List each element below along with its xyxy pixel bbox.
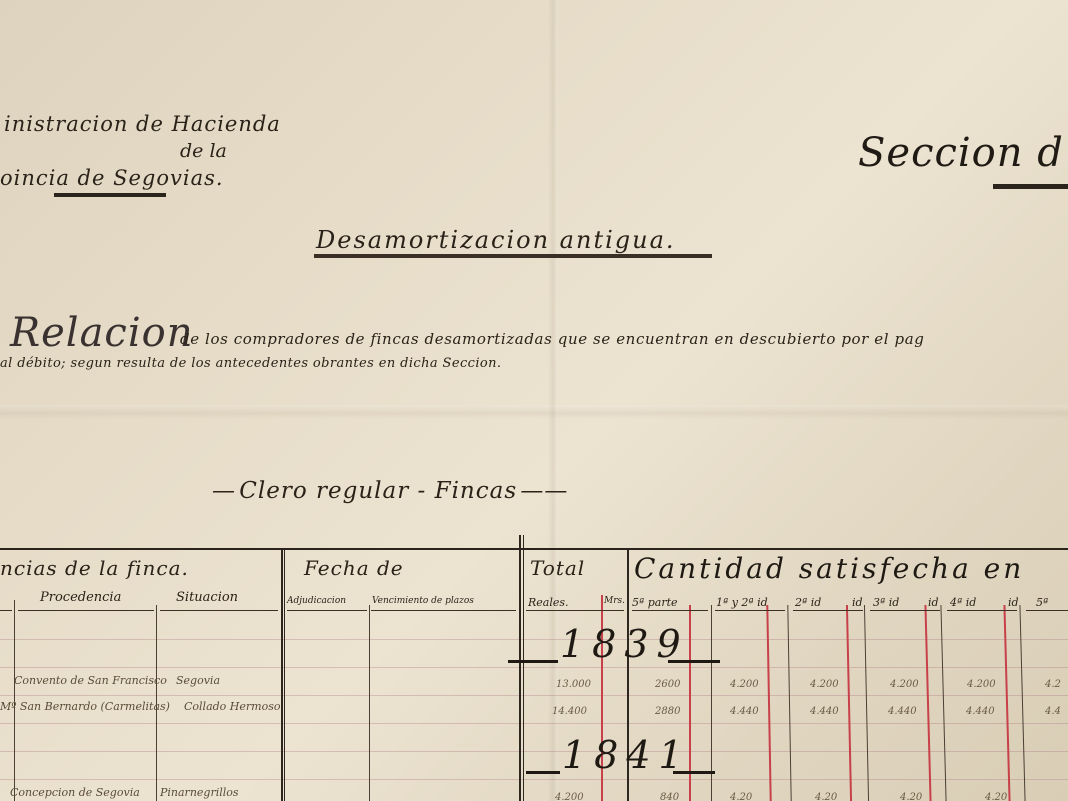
header-plazo-4-id: id xyxy=(928,596,939,609)
header-plazo-3-id: id xyxy=(852,596,863,609)
header-underline xyxy=(54,193,166,197)
row-1-value-3: 4.200 xyxy=(810,679,839,690)
header-vencimiento: Vencimiento de plazos xyxy=(372,596,474,606)
row-1-value-1: 2600 xyxy=(655,679,680,690)
header-total: Total xyxy=(530,556,585,580)
header-fecha: Fecha de xyxy=(304,556,404,580)
row-3-value-3: 4.20 xyxy=(815,792,837,801)
row-2-value-5: 4.440 xyxy=(966,706,995,717)
subheader-underline xyxy=(632,610,708,611)
row-1-value-4: 4.200 xyxy=(890,679,919,690)
category-heading: — Clero regular - Fincas —— xyxy=(212,478,568,504)
header-reales: Reales. xyxy=(528,596,569,609)
relacion-line-2: al débito; segun resulta de los antecede… xyxy=(0,356,501,371)
subheader-underline xyxy=(1026,610,1068,611)
category-dash-left: — xyxy=(212,478,239,504)
header-administracion: inistracion de Hacienda xyxy=(4,112,281,136)
row-2-reales: 14.400 xyxy=(552,706,587,717)
subheader-underline xyxy=(526,610,624,611)
category-dash-right: —— xyxy=(517,478,568,504)
header-plazo-5-id: id xyxy=(1008,596,1019,609)
row-3-situacion: Pinarnegrillos xyxy=(160,786,239,799)
subheader-underline xyxy=(947,610,1017,611)
year-dash-left xyxy=(526,771,560,774)
year-dash-right xyxy=(668,660,720,663)
row-1-procedencia: Convento de San Francisco xyxy=(14,674,167,687)
subheader-underline xyxy=(18,610,154,611)
row-2-situacion: Collado Hermoso xyxy=(184,700,280,713)
row-2-procedencia: Mº San Bernardo (Carmelitas) xyxy=(0,700,170,713)
subheader-underline xyxy=(870,610,940,611)
row-1-value-2: 4.200 xyxy=(730,679,759,690)
relacion-initial: Relacion xyxy=(10,310,193,356)
row-3-value-2: 4.20 xyxy=(730,792,752,801)
subheader-underline xyxy=(287,610,367,611)
section-underline xyxy=(993,184,1068,189)
header-plazo-6: 5ª xyxy=(1036,596,1048,609)
paper-fold-horizontal xyxy=(0,405,1068,419)
year-dash-right xyxy=(673,771,715,774)
year-dash-left xyxy=(508,660,558,663)
row-1-value-5: 4.200 xyxy=(967,679,996,690)
row-1-situacion: Segovia xyxy=(176,674,220,687)
row-1-reales: 13.000 xyxy=(556,679,591,690)
section-title: Seccion d xyxy=(858,130,1064,176)
header-de-la: de la xyxy=(180,140,227,162)
subheader-underline xyxy=(715,610,785,611)
col-divider xyxy=(284,550,285,801)
header-provincia: oincia de Segovias. xyxy=(0,166,224,190)
row-2-value-2: 4.440 xyxy=(730,706,759,717)
header-situacion: Situacion xyxy=(176,590,238,605)
row-2-value-3: 4.440 xyxy=(810,706,839,717)
category-label: Clero regular - Fincas xyxy=(239,478,517,504)
col-divider xyxy=(281,550,283,801)
header-mrs: Mrs. xyxy=(604,596,625,606)
col-divider xyxy=(369,605,370,801)
subtitle-underline xyxy=(314,254,712,258)
header-plazo-1: 5ª parte xyxy=(632,596,678,609)
header-procedencia: Procedencia xyxy=(40,590,121,605)
relacion-line-1: de los compradores de fincas desamortiza… xyxy=(180,330,924,348)
header-plazo-2: 1ª y 2ª id xyxy=(716,596,768,609)
row-3-reales: 4.200 xyxy=(555,792,584,801)
row-2-value-1: 2880 xyxy=(655,706,680,717)
row-3-procedencia: Concepcion de Segovia xyxy=(10,786,140,799)
row-2-value-6: 4.4 xyxy=(1045,706,1061,717)
header-adjudicacion: Adjudicacion xyxy=(287,596,346,606)
header-cantidad: Cantidad satisfecha en xyxy=(634,552,1024,585)
row-3-value-4: 4.20 xyxy=(900,792,922,801)
col-divider xyxy=(519,535,521,801)
table-top-border xyxy=(0,548,1068,550)
subheader-underline xyxy=(371,610,516,611)
header-plazo-4: 3ª id xyxy=(873,596,899,609)
header-plazo-3: 2ª id xyxy=(795,596,821,609)
header-plazo-5: 4ª id xyxy=(950,596,976,609)
subheader-underline xyxy=(0,610,12,611)
row-2-value-4: 4.440 xyxy=(888,706,917,717)
subheader-underline xyxy=(160,610,278,611)
col-divider xyxy=(523,535,524,801)
header-circunstancias: ncias de la finca. xyxy=(0,556,189,580)
year-1841: 1841 xyxy=(562,733,691,777)
document-subtitle: Desamortizacion antigua. xyxy=(316,226,676,254)
subheader-underline xyxy=(793,610,863,611)
row-3-value-5: 4.20 xyxy=(985,792,1007,801)
row-1-value-6: 4.2 xyxy=(1045,679,1061,690)
row-3-value-1: 840 xyxy=(660,792,679,801)
